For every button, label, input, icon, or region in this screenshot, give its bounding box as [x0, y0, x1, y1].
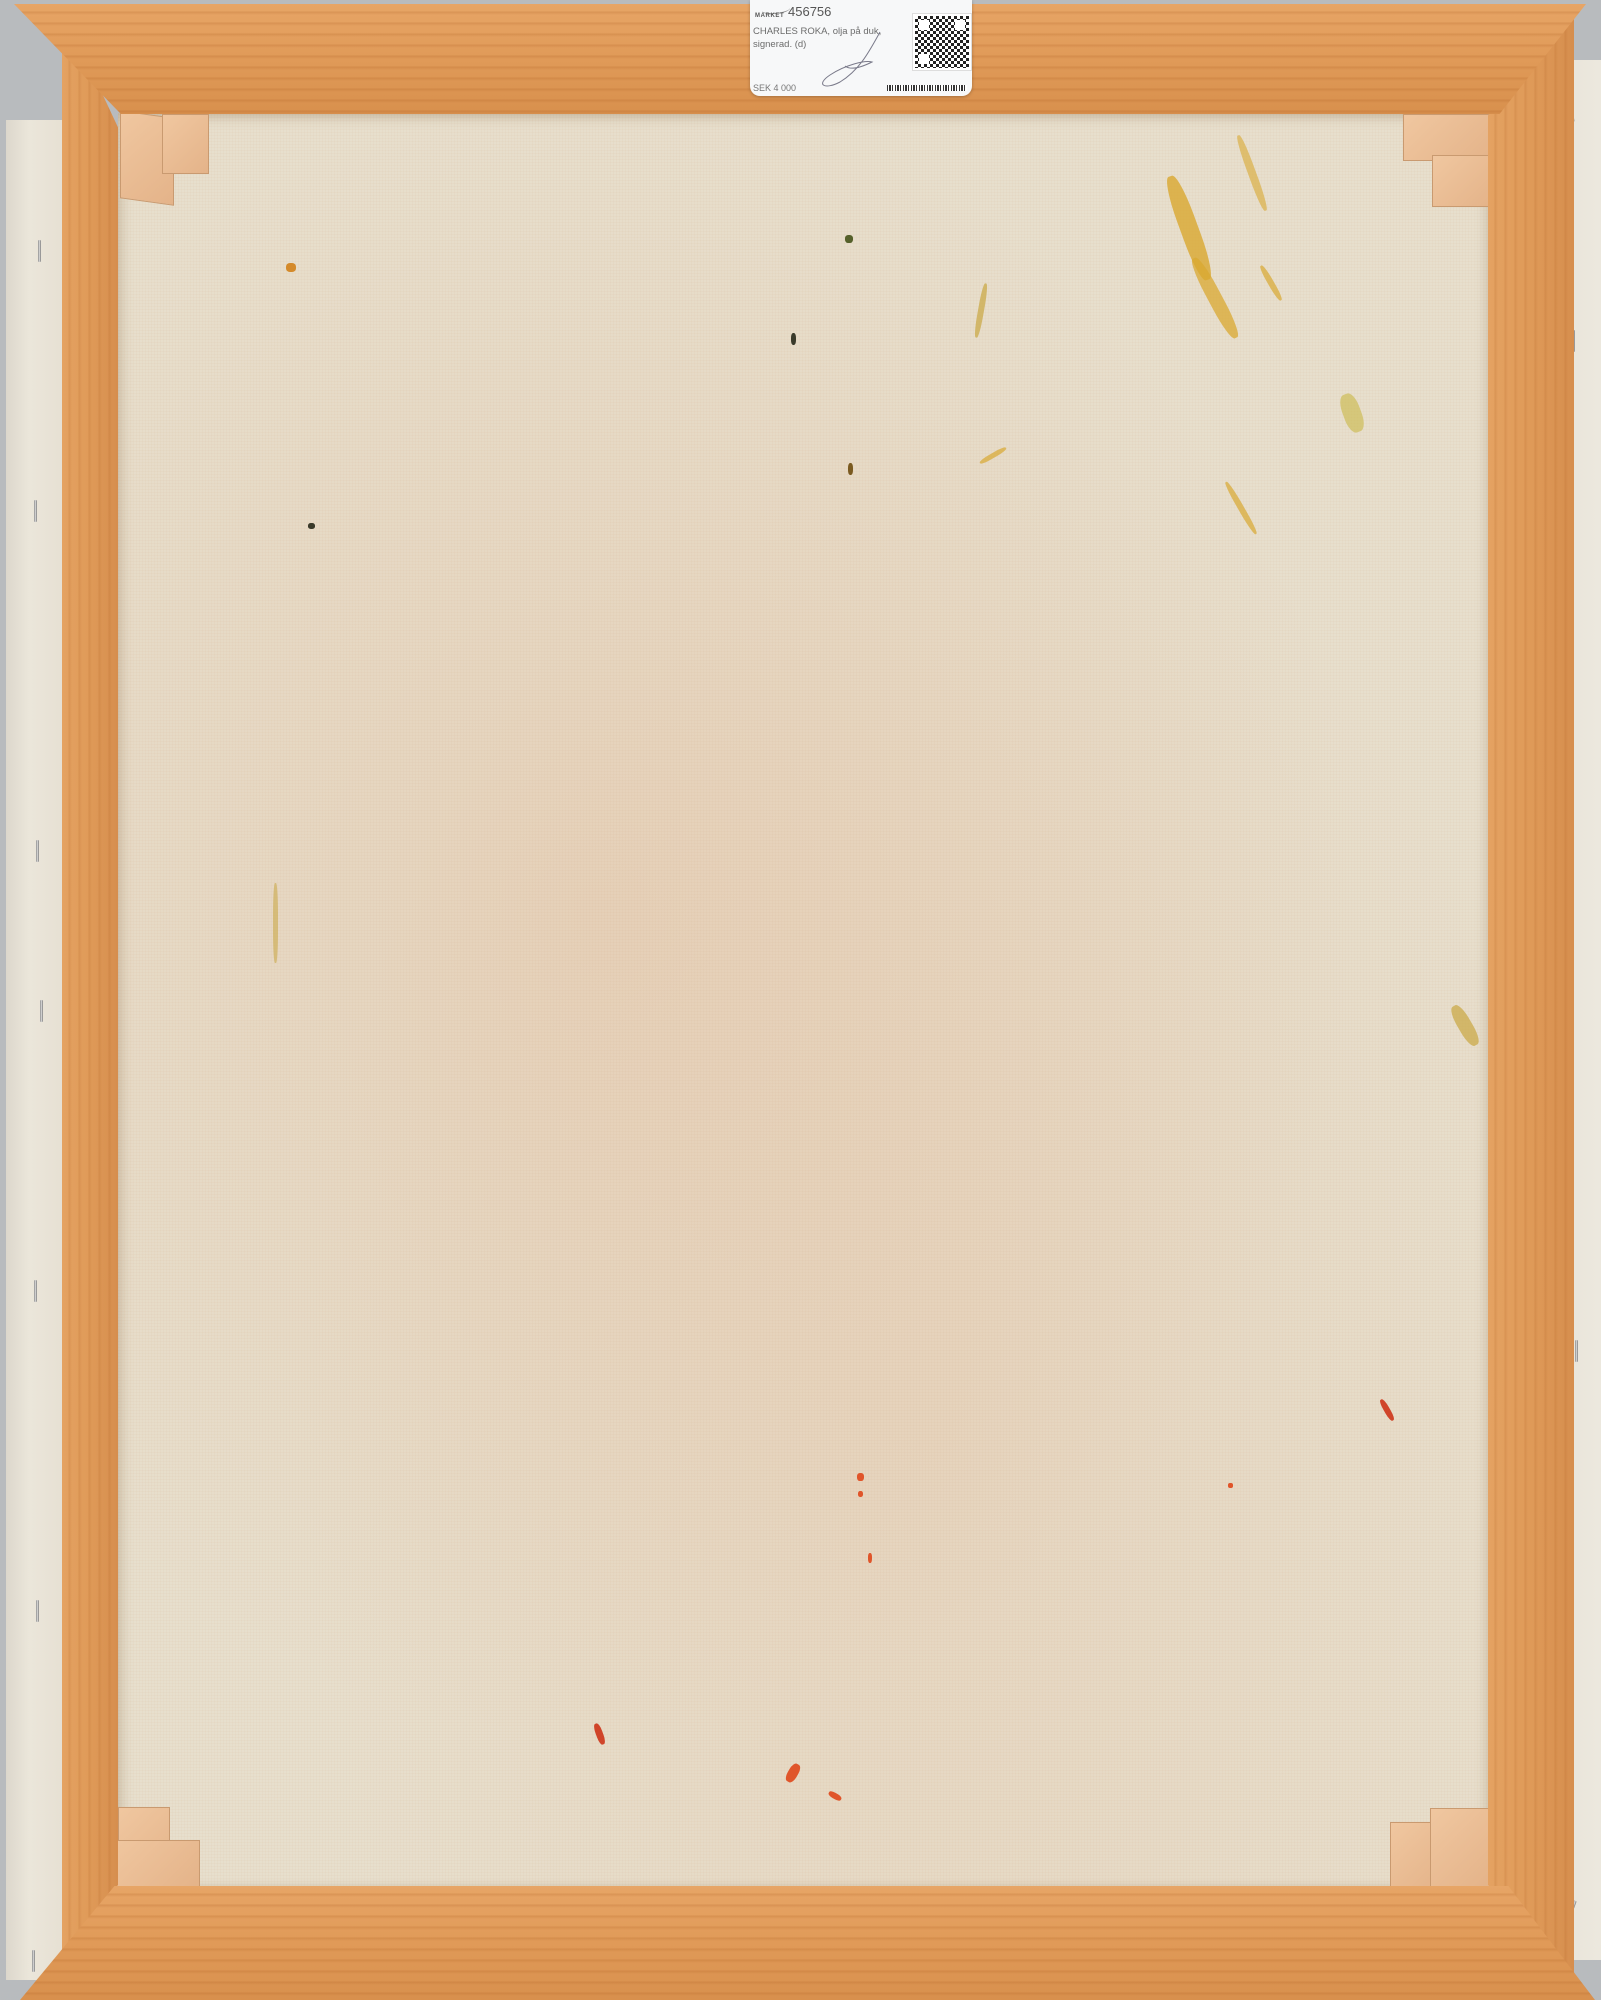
- paint-dot: [784, 1762, 803, 1784]
- paint-dot: [827, 1790, 842, 1802]
- auction-label: MARKET 456756 CHARLES ROKA, olja på duk,…: [750, 0, 972, 96]
- paint-dot: [848, 463, 853, 475]
- staple: [34, 1280, 37, 1302]
- paint-dot: [286, 263, 296, 272]
- paint-stain: [1448, 1003, 1483, 1049]
- paint-dot: [868, 1553, 872, 1563]
- staple: [36, 840, 39, 862]
- signature-icon: [810, 30, 900, 90]
- paint-dot: [845, 235, 853, 243]
- barcode-icon: [887, 85, 967, 91]
- staple: [36, 1600, 39, 1622]
- staple: [32, 1950, 35, 1972]
- stretcher-key: [162, 114, 209, 174]
- stretcher-bar-left: [62, 8, 118, 1998]
- paint-dot: [791, 333, 796, 345]
- stretcher-key: [108, 1840, 200, 1888]
- paint-dot: [1378, 1398, 1395, 1422]
- paint-stain: [1223, 481, 1258, 536]
- paint-stain: [979, 446, 1007, 465]
- canvas-back: [118, 113, 1490, 1888]
- canvas-fold-left: [6, 120, 65, 1980]
- paint-dot: [308, 523, 315, 529]
- paint-stain: [1337, 391, 1368, 435]
- paint-dot: [858, 1491, 863, 1497]
- paint-stain: [273, 883, 278, 963]
- qr-code-icon[interactable]: [913, 14, 971, 70]
- paint-dot: [592, 1722, 606, 1745]
- stretcher-key: [1403, 114, 1493, 161]
- stretcher-key: [1430, 1808, 1490, 1888]
- lot-number: 456756: [788, 4, 831, 19]
- paint-stain: [1235, 134, 1270, 212]
- staple: [1575, 1340, 1578, 1362]
- paint-dot: [1228, 1483, 1233, 1488]
- staple: [34, 500, 37, 522]
- estimate-price: SEK 4 000: [753, 83, 796, 93]
- paint-stain: [1258, 264, 1283, 302]
- paint-dot: [857, 1473, 864, 1481]
- stretcher-bar-right: [1488, 8, 1574, 1998]
- stretcher-key: [1432, 155, 1492, 207]
- paint-stain: [973, 283, 988, 338]
- stretcher-bar-bottom: [20, 1886, 1595, 2000]
- staple: [40, 1000, 43, 1022]
- paint-stain: [1162, 173, 1217, 283]
- paint-stain: [1188, 255, 1243, 341]
- brand-name: MARKET: [755, 13, 784, 19]
- staple: [38, 240, 41, 262]
